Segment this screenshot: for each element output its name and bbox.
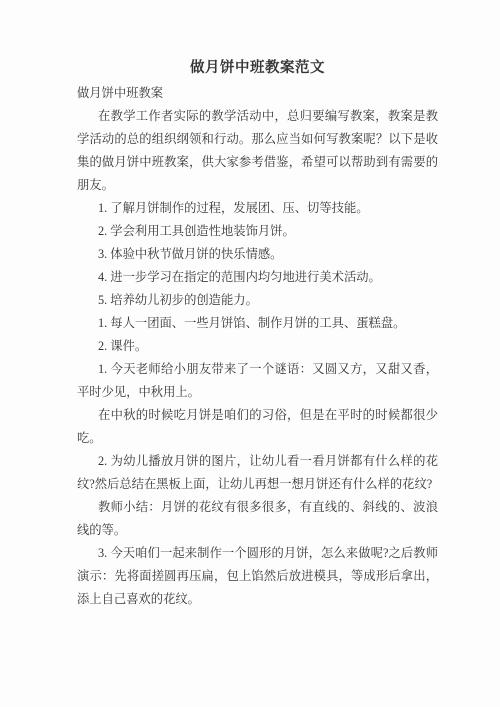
paragraph: 1. 每人一团面、一些月饼馅、制作月饼的工具、蛋糕盘。 [77,312,438,335]
document-title: 做月饼中班教案范文 [77,55,438,82]
paragraph: 在教学工作者实际的教学活动中，总归要编写教案，教案是教学活动的总的组织纲领和行动… [77,105,438,197]
paragraph: 3. 今天咱们一起来制作一个圆形的月饼，怎么来做呢?之后教师演示：先将面搓圆再压… [77,542,438,611]
document-body: 做月饼中班教案在教学工作者实际的教学活动中，总归要编写教案，教案是教学活动的总的… [77,82,438,611]
paragraph: 3. 体验中秋节做月饼的快乐情感。 [77,243,438,266]
paragraph: 1. 了解月饼制作的过程，发展团、压、切等技能。 [77,197,438,220]
paragraph: 2. 为幼儿播放月饼的图片，让幼儿看一看月饼都有什么样的花纹?然后总结在黑板上面… [77,450,438,496]
document: 做月饼中班教案范文 做月饼中班教案在教学工作者实际的教学活动中，总归要编写教案，… [0,0,500,611]
paragraph: 在中秋的时候吃月饼是咱们的习俗，但是在平时的时候都很少吃。 [77,404,438,450]
paragraph: 5. 培养幼儿初步的创造能力。 [77,289,438,312]
paragraph: 教师小结：月饼的花纹有很多很多，有直线的、斜线的、波浪线的等。 [77,496,438,542]
paragraph: 4. 进一步学习在指定的范围内均匀地进行美术活动。 [77,266,438,289]
paragraph: 做月饼中班教案 [77,82,438,105]
paragraph: 2. 学会利用工具创造性地装饰月饼。 [77,220,438,243]
paragraph: 2. 课件。 [77,335,438,358]
document-page: 做月饼中班教案范文 做月饼中班教案在教学工作者实际的教学活动中，总归要编写教案，… [0,0,500,707]
paragraph: 1. 今天老师给小朋友带来了一个谜语：又圆又方，又甜又香，平时少见，中秋用上。 [77,358,438,404]
